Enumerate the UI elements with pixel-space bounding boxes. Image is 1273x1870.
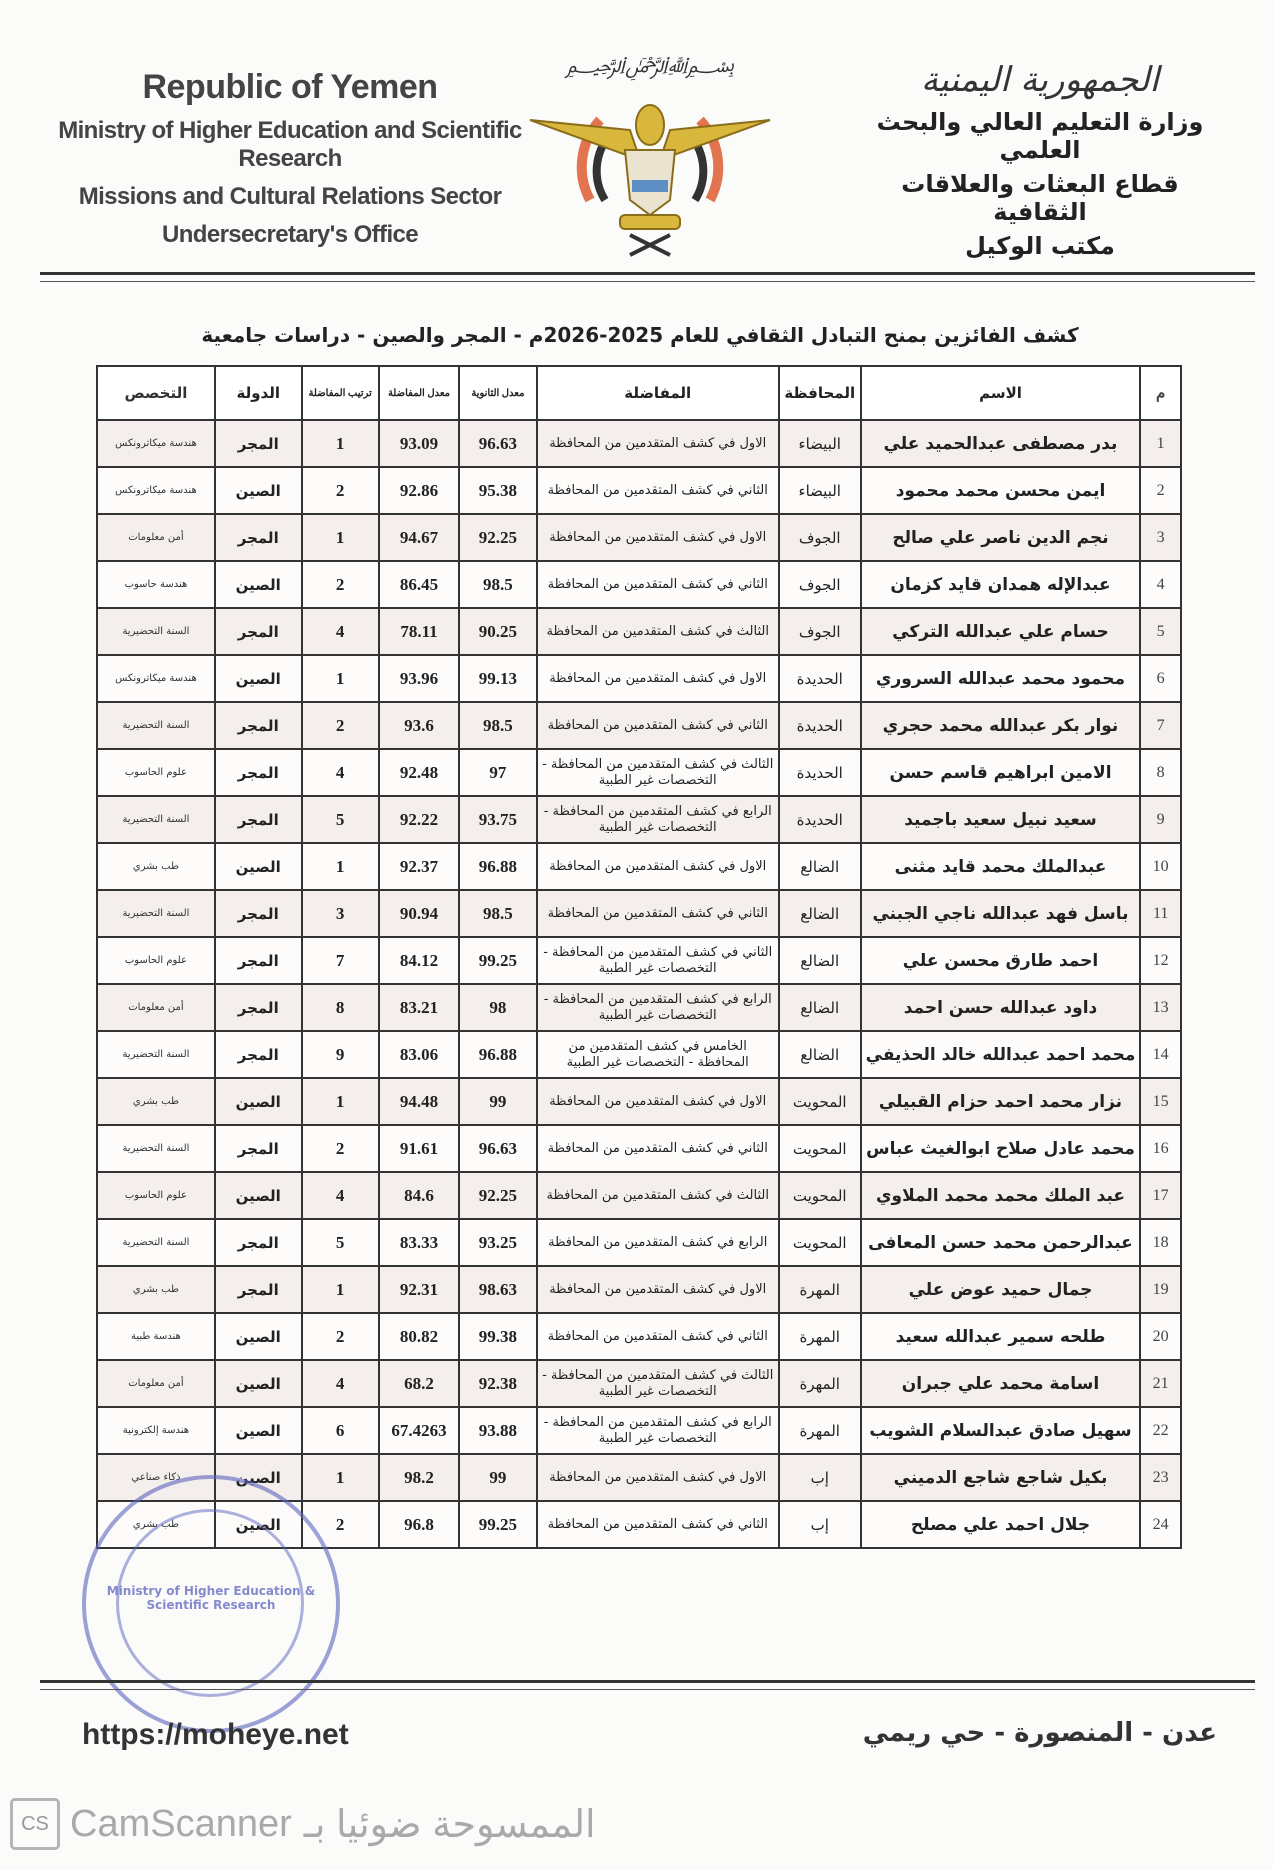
row-num-cell: 13 [1140, 984, 1181, 1031]
secondary-average-cell: 93.88 [459, 1407, 536, 1454]
secondary-average-cell: 96.88 [459, 843, 536, 890]
document-title: كشف الفائزين بمنح التبادل الثقافي للعام … [80, 323, 1200, 347]
specialization-cell: السنة التحضيرية [97, 1031, 215, 1078]
table-row: 15نزار محمد احمد حزام القبيليالمحويتالاو… [97, 1078, 1181, 1125]
col-header-num: م [1140, 366, 1181, 420]
merit-rank-cell: 1 [302, 1266, 379, 1313]
merit-position-cell: الرابع في كشف المتقدمين من المحافظة - ال… [537, 796, 779, 843]
merit-rank-cell: 1 [302, 1454, 379, 1501]
country-cell: المجر [215, 796, 302, 843]
merit-average-cell: 84.12 [379, 937, 460, 984]
student-name-cell: نجم الدين ناصر علي صالح [861, 514, 1141, 561]
merit-position-cell: الرابع في كشف المتقدمين من المحافظة [537, 1219, 779, 1266]
row-num-cell: 3 [1140, 514, 1181, 561]
secondary-average-cell: 96.63 [459, 1125, 536, 1172]
merit-average-cell: 92.31 [379, 1266, 460, 1313]
letterhead-english: Republic of Yemen Ministry of Higher Edu… [40, 68, 540, 259]
row-num-cell: 16 [1140, 1125, 1181, 1172]
student-name-cell: اسامة محمد علي جبران [861, 1360, 1141, 1407]
specialization-cell: السنة التحضيرية [97, 796, 215, 843]
governorate-cell: المهرة [779, 1407, 861, 1454]
country-name-ar: الجمهورية اليمنية [860, 60, 1220, 100]
merit-average-cell: 93.6 [379, 702, 460, 749]
governorate-cell: المحويت [779, 1078, 861, 1125]
specialization-cell: هندسة ميكاترونكس [97, 420, 215, 467]
merit-average-cell: 93.09 [379, 420, 460, 467]
student-name-cell: طلحه سمير عبدالله سعيد [861, 1313, 1141, 1360]
merit-position-cell: الثالث في كشف المتقدمين من المحافظة - ال… [537, 1360, 779, 1407]
governorate-cell: إب [779, 1501, 861, 1548]
col-header-merit: المفاضلة [537, 366, 779, 420]
merit-rank-cell: 3 [302, 890, 379, 937]
stamp-text: Ministry of Higher Education & Scientifi… [86, 1584, 336, 1612]
merit-position-cell: الاول في كشف المتقدمين من المحافظة [537, 1078, 779, 1125]
merit-average-cell: 83.33 [379, 1219, 460, 1266]
country-cell: الصين [215, 1313, 302, 1360]
row-num-cell: 14 [1140, 1031, 1181, 1078]
table-row: 11باسل فهد عبدالله ناجي الجبنيالضالعالثا… [97, 890, 1181, 937]
governorate-cell: البيضاء [779, 420, 861, 467]
merit-rank-cell: 2 [302, 1125, 379, 1172]
student-name-cell: محمد عادل صلاح ابوالغيث عباس [861, 1125, 1141, 1172]
row-num-cell: 11 [1140, 890, 1181, 937]
country-cell: المجر [215, 1266, 302, 1313]
specialization-cell: السنة التحضيرية [97, 1219, 215, 1266]
secondary-average-cell: 98.5 [459, 561, 536, 608]
row-num-cell: 24 [1140, 1501, 1181, 1548]
table-row: 9سعيد نبيل سعيد باجميدالحديدةالرابع في ك… [97, 796, 1181, 843]
specialization-cell: علوم الحاسوب [97, 749, 215, 796]
merit-rank-cell: 2 [302, 467, 379, 514]
merit-average-cell: 96.8 [379, 1501, 460, 1548]
student-name-cell: احمد طارق محسن علي [861, 937, 1141, 984]
secondary-average-cell: 98.5 [459, 890, 536, 937]
row-num-cell: 1 [1140, 420, 1181, 467]
student-name-cell: ايمن محسن محمد محمود [861, 467, 1141, 514]
camscanner-watermark: CS CamScanner الممسوحة ضوئيا بـ [10, 1798, 596, 1850]
yemen-eagle-emblem-icon: ﷽ [520, 30, 780, 260]
camscanner-logo-icon: CS [10, 1798, 60, 1850]
row-num-cell: 10 [1140, 843, 1181, 890]
country-cell: المجر [215, 702, 302, 749]
country-cell: المجر [215, 749, 302, 796]
table-row: 20طلحه سمير عبدالله سعيدالمهرةالثاني في … [97, 1313, 1181, 1360]
country-cell: الصين [215, 655, 302, 702]
official-stamp: Ministry of Higher Education & Scientifi… [82, 1475, 340, 1733]
table-row: 22سهيل صادق عبدالسلام الشويبالمهرةالرابع… [97, 1407, 1181, 1454]
ministry-name-ar: وزارة التعليم العالي والبحث العلمي [860, 108, 1220, 164]
student-name-cell: الامين ابراهيم قاسم حسن [861, 749, 1141, 796]
table-header-row: م الاسم المحافظة المفاضلة معدل الثانوية … [97, 366, 1181, 420]
governorate-cell: الضالع [779, 984, 861, 1031]
merit-average-cell: 98.2 [379, 1454, 460, 1501]
country-cell: المجر [215, 1219, 302, 1266]
ministry-name-en: Ministry of Higher Education and Scienti… [40, 117, 540, 173]
merit-rank-cell: 2 [302, 561, 379, 608]
merit-average-cell: 84.6 [379, 1172, 460, 1219]
sector-name-en: Missions and Cultural Relations Sector [40, 183, 540, 211]
row-num-cell: 9 [1140, 796, 1181, 843]
merit-rank-cell: 1 [302, 655, 379, 702]
specialization-cell: هندسة ميكاترونكس [97, 655, 215, 702]
student-name-cell: جلال احمد علي مصلح [861, 1501, 1141, 1548]
specialization-cell: طب بشري [97, 1078, 215, 1125]
specialization-cell: هندسة ميكاترونكس [97, 467, 215, 514]
svg-text:﷽: ﷽ [565, 53, 735, 81]
governorate-cell: الحديدة [779, 796, 861, 843]
table-row: 18عبدالرحمن محمد حسن المعافىالمحويتالراب… [97, 1219, 1181, 1266]
secondary-average-cell: 92.25 [459, 1172, 536, 1219]
row-num-cell: 8 [1140, 749, 1181, 796]
merit-average-cell: 92.86 [379, 467, 460, 514]
student-name-cell: عبدالإله همدان قايد كزمان [861, 561, 1141, 608]
row-num-cell: 7 [1140, 702, 1181, 749]
student-name-cell: باسل فهد عبدالله ناجي الجبني [861, 890, 1141, 937]
merit-average-cell: 86.45 [379, 561, 460, 608]
col-header-merit-avg: معدل المفاضلة [379, 366, 460, 420]
country-cell: المجر [215, 937, 302, 984]
student-name-cell: عبدالملك محمد قايد مثنى [861, 843, 1141, 890]
merit-position-cell: الاول في كشف المتقدمين من المحافظة [537, 514, 779, 561]
country-cell: المجر [215, 514, 302, 561]
row-num-cell: 6 [1140, 655, 1181, 702]
student-name-cell: نوار بكر عبدالله محمد حجري [861, 702, 1141, 749]
merit-rank-cell: 2 [302, 1313, 379, 1360]
col-header-governorate: المحافظة [779, 366, 861, 420]
col-header-country: الدولة [215, 366, 302, 420]
merit-average-cell: 92.48 [379, 749, 460, 796]
merit-position-cell: الثالث في كشف المتقدمين من المحافظة [537, 1172, 779, 1219]
winners-table: م الاسم المحافظة المفاضلة معدل الثانوية … [96, 365, 1182, 1549]
letterhead: Republic of Yemen Ministry of Higher Edu… [0, 0, 1273, 270]
merit-position-cell: الثاني في كشف المتقدمين من المحافظة [537, 1313, 779, 1360]
merit-position-cell: الثاني في كشف المتقدمين من المحافظة - ال… [537, 937, 779, 984]
secondary-average-cell: 90.25 [459, 608, 536, 655]
merit-average-cell: 78.11 [379, 608, 460, 655]
website-link[interactable]: https://moheye.net [82, 1718, 349, 1752]
specialization-cell: أمن معلومات [97, 984, 215, 1031]
merit-position-cell: الرابع في كشف المتقدمين من المحافظة - ال… [537, 1407, 779, 1454]
governorate-cell: الجوف [779, 608, 861, 655]
secondary-average-cell: 99 [459, 1078, 536, 1125]
col-header-specialization: التخصص [97, 366, 215, 420]
table-row: 3نجم الدين ناصر علي صالحالجوفالاول في كش… [97, 514, 1181, 561]
merit-average-cell: 94.48 [379, 1078, 460, 1125]
student-name-cell: بكيل شاجع شاجع الدميني [861, 1454, 1141, 1501]
secondary-average-cell: 93.25 [459, 1219, 536, 1266]
governorate-cell: المحويت [779, 1125, 861, 1172]
governorate-cell: الحديدة [779, 655, 861, 702]
specialization-cell: أمن معلومات [97, 514, 215, 561]
country-cell: الصين [215, 1407, 302, 1454]
table-row: 16محمد عادل صلاح ابوالغيث عباسالمحويتالث… [97, 1125, 1181, 1172]
merit-average-cell: 91.61 [379, 1125, 460, 1172]
sector-name-ar: قطاع البعثات والعلاقات الثقافية [860, 170, 1220, 226]
student-name-cell: محمود محمد عبدالله السروري [861, 655, 1141, 702]
governorate-cell: المهرة [779, 1313, 861, 1360]
secondary-average-cell: 97 [459, 749, 536, 796]
merit-rank-cell: 1 [302, 843, 379, 890]
merit-position-cell: الثاني في كشف المتقدمين من المحافظة [537, 1125, 779, 1172]
row-num-cell: 18 [1140, 1219, 1181, 1266]
governorate-cell: الجوف [779, 561, 861, 608]
row-num-cell: 4 [1140, 561, 1181, 608]
student-name-cell: سعيد نبيل سعيد باجميد [861, 796, 1141, 843]
student-name-cell: جمال حميد عوض علي [861, 1266, 1141, 1313]
governorate-cell: المهرة [779, 1266, 861, 1313]
merit-average-cell: 83.06 [379, 1031, 460, 1078]
merit-position-cell: الثاني في كشف المتقدمين من المحافظة [537, 1501, 779, 1548]
secondary-average-cell: 99.25 [459, 937, 536, 984]
merit-rank-cell: 4 [302, 1172, 379, 1219]
row-num-cell: 5 [1140, 608, 1181, 655]
table-row: 21اسامة محمد علي جبرانالمهرةالثالث في كش… [97, 1360, 1181, 1407]
governorate-cell: إب [779, 1454, 861, 1501]
secondary-average-cell: 96.88 [459, 1031, 536, 1078]
governorate-cell: المحويت [779, 1172, 861, 1219]
specialization-cell: السنة التحضيرية [97, 1125, 215, 1172]
address: عدن - المنصورة - حي ريمي [863, 1718, 1217, 1748]
col-header-merit-rank: ترتيب المفاضلة [302, 366, 379, 420]
student-name-cell: داود عبدالله حسن احمد [861, 984, 1141, 1031]
governorate-cell: الجوف [779, 514, 861, 561]
specialization-cell: هندسة طبية [97, 1313, 215, 1360]
country-cell: المجر [215, 1125, 302, 1172]
specialization-cell: علوم الحاسوب [97, 1172, 215, 1219]
table-row: 17عبد الملك محمد محمد الملاويالمحويتالثا… [97, 1172, 1181, 1219]
merit-position-cell: الاول في كشف المتقدمين من المحافظة [537, 655, 779, 702]
row-num-cell: 20 [1140, 1313, 1181, 1360]
merit-rank-cell: 4 [302, 608, 379, 655]
merit-position-cell: الاول في كشف المتقدمين من المحافظة [537, 420, 779, 467]
country-cell: المجر [215, 608, 302, 655]
student-name-cell: عبدالرحمن محمد حسن المعافى [861, 1219, 1141, 1266]
merit-rank-cell: 1 [302, 514, 379, 561]
country-cell: الصين [215, 1172, 302, 1219]
merit-average-cell: 83.21 [379, 984, 460, 1031]
merit-average-cell: 92.22 [379, 796, 460, 843]
secondary-average-cell: 92.38 [459, 1360, 536, 1407]
office-name-ar: مكتب الوكيل [860, 232, 1220, 260]
specialization-cell: السنة التحضيرية [97, 608, 215, 655]
merit-position-cell: الاول في كشف المتقدمين من المحافظة [537, 1454, 779, 1501]
governorate-cell: المحويت [779, 1219, 861, 1266]
specialization-cell: هندسة حاسوب [97, 561, 215, 608]
table-row: 4عبدالإله همدان قايد كزمانالجوفالثاني في… [97, 561, 1181, 608]
merit-average-cell: 67.4263 [379, 1407, 460, 1454]
country-cell: المجر [215, 1031, 302, 1078]
secondary-average-cell: 98.63 [459, 1266, 536, 1313]
governorate-cell: الضالع [779, 843, 861, 890]
office-name-en: Undersecretary's Office [40, 221, 540, 249]
table-row: 2ايمن محسن محمد محمودالبيضاءالثاني في كش… [97, 467, 1181, 514]
specialization-cell: هندسة إلكترونية [97, 1407, 215, 1454]
row-num-cell: 15 [1140, 1078, 1181, 1125]
student-name-cell: عبد الملك محمد محمد الملاوي [861, 1172, 1141, 1219]
country-cell: الصين [215, 467, 302, 514]
secondary-average-cell: 99 [459, 1454, 536, 1501]
row-num-cell: 19 [1140, 1266, 1181, 1313]
merit-position-cell: الثاني في كشف المتقدمين من المحافظة [537, 890, 779, 937]
student-name-cell: سهيل صادق عبدالسلام الشويب [861, 1407, 1141, 1454]
letterhead-arabic: الجمهورية اليمنية وزارة التعليم العالي و… [860, 60, 1220, 266]
merit-position-cell: الثالث في كشف المتقدمين من المحافظة - ال… [537, 749, 779, 796]
merit-position-cell: الرابع في كشف المتقدمين من المحافظة - ال… [537, 984, 779, 1031]
table-row: 6محمود محمد عبدالله السروريالحديدةالاول … [97, 655, 1181, 702]
country-cell: المجر [215, 984, 302, 1031]
table-row: 12احمد طارق محسن عليالضالعالثاني في كشف … [97, 937, 1181, 984]
merit-position-cell: الثاني في كشف المتقدمين من المحافظة [537, 702, 779, 749]
student-name-cell: حسام علي عبدالله التركي [861, 608, 1141, 655]
merit-average-cell: 92.37 [379, 843, 460, 890]
row-num-cell: 17 [1140, 1172, 1181, 1219]
student-name-cell: بدر مصطفى عبدالحميد علي [861, 420, 1141, 467]
footer-divider [40, 1680, 1255, 1690]
secondary-average-cell: 96.63 [459, 420, 536, 467]
merit-rank-cell: 9 [302, 1031, 379, 1078]
secondary-average-cell: 99.13 [459, 655, 536, 702]
merit-position-cell: الخامس في كشف المتقدمين من المحافظة - ال… [537, 1031, 779, 1078]
student-name-cell: نزار محمد احمد حزام القبيلي [861, 1078, 1141, 1125]
merit-rank-cell: 2 [302, 702, 379, 749]
table-row: 1بدر مصطفى عبدالحميد عليالبيضاءالاول في … [97, 420, 1181, 467]
governorate-cell: المهرة [779, 1360, 861, 1407]
camscanner-app-name: CamScanner [70, 1803, 292, 1846]
merit-rank-cell: 1 [302, 1078, 379, 1125]
table-row: 19جمال حميد عوض عليالمهرةالاول في كشف ال… [97, 1266, 1181, 1313]
country-cell: الصين [215, 843, 302, 890]
merit-rank-cell: 7 [302, 937, 379, 984]
merit-rank-cell: 5 [302, 1219, 379, 1266]
merit-rank-cell: 8 [302, 984, 379, 1031]
governorate-cell: الضالع [779, 1031, 861, 1078]
table-row: 7نوار بكر عبدالله محمد حجريالحديدةالثاني… [97, 702, 1181, 749]
secondary-average-cell: 98.5 [459, 702, 536, 749]
specialization-cell: أمن معلومات [97, 1360, 215, 1407]
secondary-average-cell: 92.25 [459, 514, 536, 561]
country-cell: الصين [215, 1360, 302, 1407]
secondary-average-cell: 99.38 [459, 1313, 536, 1360]
specialization-cell: السنة التحضيرية [97, 702, 215, 749]
merit-average-cell: 80.82 [379, 1313, 460, 1360]
country-cell: الصين [215, 561, 302, 608]
table-row: 5حسام علي عبدالله التركيالجوفالثالث في ك… [97, 608, 1181, 655]
secondary-average-cell: 98 [459, 984, 536, 1031]
governorate-cell: الضالع [779, 890, 861, 937]
row-num-cell: 21 [1140, 1360, 1181, 1407]
governorate-cell: الحديدة [779, 749, 861, 796]
col-header-name: الاسم [861, 366, 1141, 420]
country-cell: الصين [215, 1078, 302, 1125]
country-name-en: Republic of Yemen [40, 68, 540, 107]
merit-average-cell: 93.96 [379, 655, 460, 702]
table-row: 13داود عبدالله حسن احمدالضالعالرابع في ك… [97, 984, 1181, 1031]
table-body: 1بدر مصطفى عبدالحميد عليالبيضاءالاول في … [97, 420, 1181, 1548]
row-num-cell: 23 [1140, 1454, 1181, 1501]
governorate-cell: الحديدة [779, 702, 861, 749]
country-cell: المجر [215, 890, 302, 937]
merit-rank-cell: 5 [302, 796, 379, 843]
table-row: 10عبدالملك محمد قايد مثنىالضالعالاول في … [97, 843, 1181, 890]
merit-rank-cell: 4 [302, 1360, 379, 1407]
specialization-cell: طب بشري [97, 1266, 215, 1313]
specialization-cell: علوم الحاسوب [97, 937, 215, 984]
row-num-cell: 22 [1140, 1407, 1181, 1454]
merit-position-cell: الثالث في كشف المتقدمين من المحافظة [537, 608, 779, 655]
merit-average-cell: 90.94 [379, 890, 460, 937]
secondary-average-cell: 99.25 [459, 1501, 536, 1548]
governorate-cell: الضالع [779, 937, 861, 984]
merit-rank-cell: 6 [302, 1407, 379, 1454]
row-num-cell: 12 [1140, 937, 1181, 984]
table-row: 8الامين ابراهيم قاسم حسنالحديدةالثالث في… [97, 749, 1181, 796]
merit-average-cell: 68.2 [379, 1360, 460, 1407]
specialization-cell: السنة التحضيرية [97, 890, 215, 937]
table-row: 14محمد احمد عبدالله خالد الحذيفيالضالعال… [97, 1031, 1181, 1078]
merit-position-cell: الاول في كشف المتقدمين من المحافظة [537, 1266, 779, 1313]
merit-rank-cell: 1 [302, 420, 379, 467]
merit-position-cell: الثاني في كشف المتقدمين من المحافظة [537, 467, 779, 514]
specialization-cell: طب بشري [97, 843, 215, 890]
camscanner-caption: الممسوحة ضوئيا بـ [304, 1802, 596, 1847]
merit-average-cell: 94.67 [379, 514, 460, 561]
header-divider [40, 272, 1255, 282]
country-cell: المجر [215, 420, 302, 467]
governorate-cell: البيضاء [779, 467, 861, 514]
student-name-cell: محمد احمد عبدالله خالد الحذيفي [861, 1031, 1141, 1078]
merit-position-cell: الثاني في كشف المتقدمين من المحافظة [537, 561, 779, 608]
secondary-average-cell: 95.38 [459, 467, 536, 514]
merit-rank-cell: 4 [302, 749, 379, 796]
secondary-average-cell: 93.75 [459, 796, 536, 843]
merit-position-cell: الاول في كشف المتقدمين من المحافظة [537, 843, 779, 890]
col-header-secondary-avg: معدل الثانوية [459, 366, 536, 420]
row-num-cell: 2 [1140, 467, 1181, 514]
